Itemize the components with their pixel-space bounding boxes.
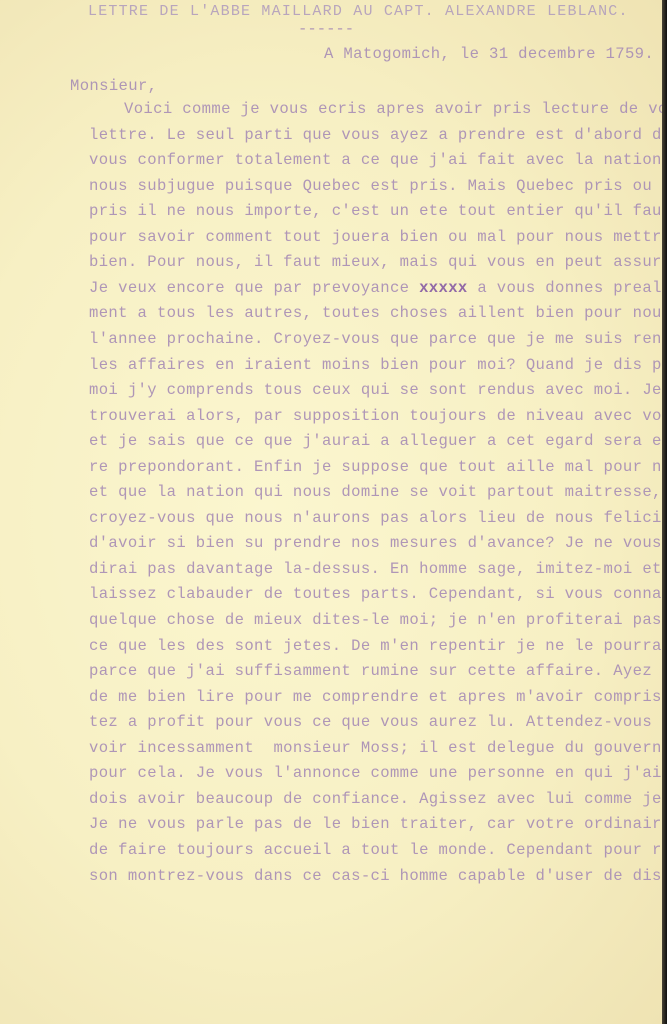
body-line: et que la nation qui nous domine se voit…: [89, 483, 662, 501]
body-line: quelque chose de mieux dites-le moi; je …: [89, 611, 662, 629]
letter-title: LETTRE DE L'ABBE MAILLARD AU CAPT. ALEXA…: [88, 3, 629, 21]
body-line: re prepondorant. Enfin je suppose que to…: [89, 458, 662, 476]
body-line: son montrez-vous dans ce cas-ci homme ca…: [89, 867, 662, 885]
body-line: tez a profit pour vous ce que vous aurez…: [89, 713, 662, 731]
body-line: laissez clabauder de toutes parts. Cepen…: [89, 585, 662, 603]
body-line: bien. Pour nous, il faut mieux, mais qui…: [89, 253, 662, 271]
page-edge-shadow: [662, 0, 667, 1024]
body-line: voir incessamment monsieur Moss; il est …: [89, 739, 662, 757]
body-line: Je ne vous parle pas de le bien traiter,…: [89, 815, 662, 833]
body-line: pour savoir comment tout jouera bien ou …: [89, 228, 662, 246]
body-line: et je sais que ce que j'aurai a alleguer…: [89, 432, 662, 450]
body-line: dois avoir beaucoup de confiance. Agisse…: [89, 790, 662, 808]
body-line: dirai pas davantage la-dessus. En homme …: [89, 560, 662, 578]
body-line: vous conformer totalement a ce que j'ai …: [89, 151, 662, 169]
body-line: de me bien lire pour me comprendre et ap…: [89, 688, 662, 706]
body-line: l'annee prochaine. Croyez-vous que parce…: [89, 330, 662, 348]
body-line: de faire toujours accueil a tout le mond…: [89, 841, 662, 859]
body-line: pris il ne nous importe, c'est un ete to…: [89, 202, 662, 220]
body-line: ment a tous les autres, toutes choses ai…: [89, 304, 662, 322]
body-line: Voici comme je vous ecris apres avoir pr…: [124, 100, 662, 118]
struck-out-word: xxxxx: [419, 279, 468, 297]
salutation: Monsieur,: [70, 77, 157, 95]
letter-page: LETTRE DE L'ABBE MAILLARD AU CAPT. ALEXA…: [0, 0, 662, 1024]
body-line: ce que les des sont jetes. De m'en repen…: [89, 637, 662, 655]
body-line: Je veux encore que par prevoyance xxxxx …: [89, 279, 662, 297]
body-line: nous subjugue puisque Quebec est pris. M…: [89, 177, 662, 195]
body-line: lettre. Le seul parti que vous ayez a pr…: [89, 126, 662, 144]
body-line: parce que j'ai suffisamment rumine sur c…: [89, 662, 662, 680]
body-line: les affaires en iraient moins bien pour …: [89, 356, 662, 374]
body-line: croyez-vous que nous n'aurons pas alors …: [89, 509, 662, 527]
body-line: pour cela. Je vous l'annonce comme une p…: [89, 764, 662, 782]
body-line: d'avoir si bien su prendre nos mesures d…: [89, 534, 662, 552]
body-line: moi j'y comprends tous ceux qui se sont …: [89, 381, 662, 399]
dateline: A Matogomich, le 31 decembre 1759.: [324, 45, 654, 63]
title-rule: ------: [298, 20, 354, 38]
body-line: trouverai alors, par supposition toujour…: [89, 407, 662, 425]
